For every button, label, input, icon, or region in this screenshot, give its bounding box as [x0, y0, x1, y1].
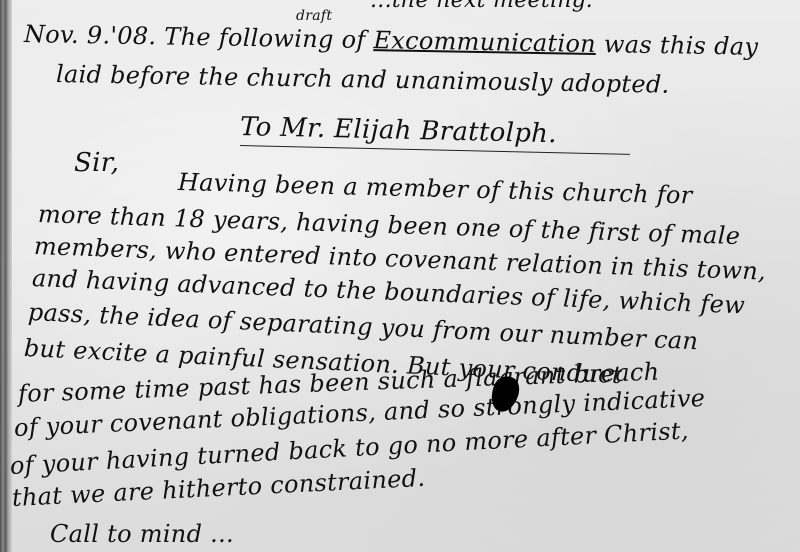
- addressee-underline: [240, 145, 630, 155]
- manuscript-page: ...the next meeting: draft Nov. 9.'08. T…: [0, 0, 800, 552]
- entry-date: Nov. 9.'08.: [24, 20, 157, 50]
- addressee: To Mr. Elijah Brattolph.: [240, 112, 558, 149]
- heading-text-3: was this day: [604, 30, 759, 61]
- line-2: laid before the church and unanimously a…: [56, 60, 670, 99]
- salutation: Sir,: [74, 148, 119, 178]
- last-partial-line: Call to mind ...: [50, 520, 234, 548]
- top-fragment: ...the next meeting:: [370, 0, 594, 13]
- body-line-1: Having been a member of this church for: [178, 168, 693, 209]
- excommunication-word: Excommunication: [373, 26, 596, 58]
- heading-text-2: of: [341, 26, 365, 54]
- heading-text-1: The following: [164, 22, 334, 53]
- entry-heading: Nov. 9.'08. The following of Excommunica…: [24, 20, 759, 61]
- insertion-draft: draft: [296, 8, 332, 24]
